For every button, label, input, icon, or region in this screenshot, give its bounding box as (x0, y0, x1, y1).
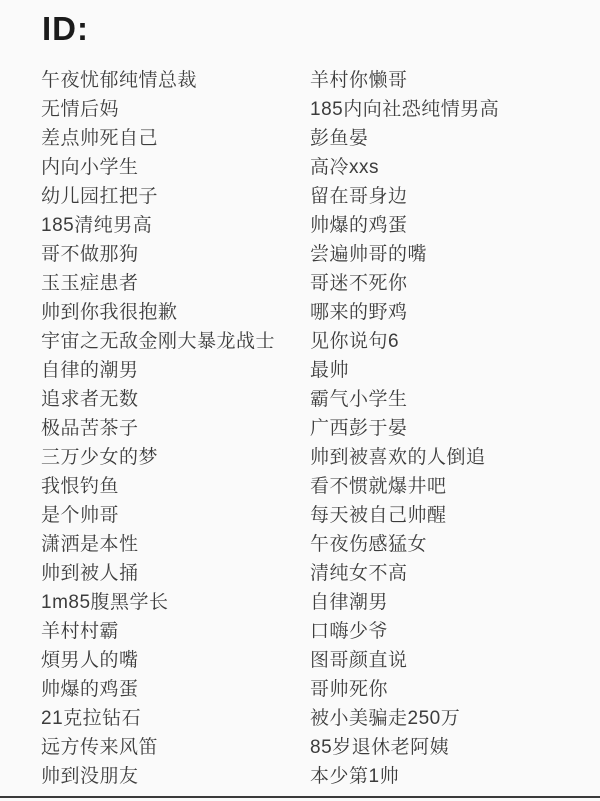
id-text: 帅到被人捅 (41, 558, 139, 585)
list-item: 自律潮男 (310, 586, 595, 615)
id-text: 185内向社恐纯情男高 (310, 94, 499, 121)
bottom-divider (0, 796, 600, 798)
id-text: 85岁退休老阿姨 (310, 732, 449, 759)
list-item: 清纯女不高 (310, 557, 595, 586)
id-text: 尝遍帅哥的嘴 (310, 239, 427, 266)
list-item: 玉玉症患者 (41, 267, 306, 296)
id-text: 极品苦茶子 (41, 413, 139, 440)
list-item: 1m85腹黑学长 (41, 586, 306, 615)
list-item: 尝遍帅哥的嘴 (310, 238, 595, 267)
id-text: 宇宙之无敌金刚大暴龙战士 (41, 326, 275, 353)
list-item: 185内向社恐纯情男高 (310, 93, 595, 122)
id-text: 玉玉症患者 (41, 268, 139, 295)
id-text: 见你说句6 (310, 326, 399, 353)
list-item: 无情后妈 (41, 93, 306, 122)
id-text: 差点帅死自己 (41, 123, 158, 150)
id-text: 帅到你我很抱歉 (41, 297, 178, 324)
id-text: 本少第1帅 (310, 761, 399, 788)
id-column-right: 羊村你懒哥 185内向社恐纯情男高 彭鱼晏 高冷xxs 留在哥身边 帅爆的鸡蛋 (310, 64, 595, 789)
id-column-left: 午夜忧郁纯情总裁 无情后妈 差点帅死自己 内向小学生 幼儿园扛把子 185清纯男… (41, 64, 306, 789)
id-text: 羊村村霸 (41, 616, 119, 643)
id-text: 21克拉钻石 (41, 703, 141, 730)
id-text: 帅到被喜欢的人倒追 (310, 442, 486, 469)
id-text: 185清纯男高 (41, 210, 152, 237)
list-item: 内向小学生 (41, 151, 306, 180)
id-text: 远方传来风笛 (41, 732, 158, 759)
id-text: 帅到没朋友 (41, 761, 139, 788)
list-item: 留在哥身边 (310, 180, 595, 209)
list-item: 彭鱼晏 (310, 122, 595, 151)
id-text: 口嗨少爷 (310, 616, 388, 643)
list-item: 广西彭于晏 (310, 412, 595, 441)
list-item: 高冷xxs (310, 151, 595, 180)
list-item: 帅到被喜欢的人倒追 (310, 441, 595, 470)
list-item: 午夜伤感猛女 (310, 528, 595, 557)
id-text: 自律的潮男 (41, 355, 139, 382)
id-text: 哥迷不死你 (310, 268, 408, 295)
id-text: 追求者无数 (41, 384, 139, 411)
id-text: 被小美骗走250万 (310, 703, 460, 730)
list-item: 极品苦茶子 (41, 412, 306, 441)
id-text: 我恨钓鱼 (41, 471, 119, 498)
id-text: 每天被自己帅醒 (310, 500, 447, 527)
id-text: 午夜伤感猛女 (310, 529, 427, 556)
list-item: 看不惯就爆井吧 (310, 470, 595, 499)
list-item: 差点帅死自己 (41, 122, 306, 151)
list-item: 哪来的野鸡 (310, 296, 595, 325)
list-item: 三万少女的梦 (41, 441, 306, 470)
id-text: 哪来的野鸡 (310, 297, 408, 324)
id-text: 1m85腹黑学长 (41, 587, 169, 614)
list-item: 自律的潮男 (41, 354, 306, 383)
list-item: 霸气小学生 (310, 383, 595, 412)
list-item: 见你说句6 (310, 325, 595, 354)
id-text: 最帅 (310, 355, 349, 382)
list-item: 口嗨少爷 (310, 615, 595, 644)
id-text: 清纯女不高 (310, 558, 408, 585)
list-item: 宇宙之无敌金刚大暴龙战士 (41, 325, 306, 354)
id-text: 霸气小学生 (310, 384, 408, 411)
list-item: 185清纯男高 (41, 209, 306, 238)
list-item: 幼儿园扛把子 (41, 180, 306, 209)
list-item: 21克拉钻石 (41, 702, 306, 731)
id-text: 留在哥身边 (310, 181, 408, 208)
id-text: 彭鱼晏 (310, 123, 369, 150)
id-text: 幼儿园扛把子 (41, 181, 158, 208)
id-text: 午夜忧郁纯情总裁 (41, 65, 197, 92)
id-text: 三万少女的梦 (41, 442, 158, 469)
id-text: 无情后妈 (41, 94, 119, 121)
list-item: 85岁退休老阿姨 (310, 731, 595, 760)
list-item: 图哥颜直说 (310, 644, 595, 673)
list-item: 追求者无数 (41, 383, 306, 412)
list-item: 帅到被人捅 (41, 557, 306, 586)
list-item: 煩男人的嘴 (41, 644, 306, 673)
list-item: 哥不做那狗 (41, 238, 306, 267)
list-item: 午夜忧郁纯情总裁 (41, 64, 306, 93)
list-item: 帅到你我很抱歉 (41, 296, 306, 325)
list-item: 是个帅哥 (41, 499, 306, 528)
page: ID: 午夜忧郁纯情总裁 无情后妈 差点帅死自己 内向小学生 幼儿园扛把子 (0, 0, 600, 801)
list-item: 哥迷不死你 (310, 267, 595, 296)
id-text: 帅爆的鸡蛋 (41, 674, 139, 701)
list-item: 最帅 (310, 354, 595, 383)
id-text: 煩男人的嘴 (41, 645, 139, 672)
list-item: 羊村你懒哥 (310, 64, 595, 93)
list-item: 帅爆的鸡蛋 (310, 209, 595, 238)
list-item: 哥帅死你 (310, 673, 595, 702)
id-text: 帅爆的鸡蛋 (310, 210, 408, 237)
id-text: 看不惯就爆井吧 (310, 471, 447, 498)
id-text: 图哥颜直说 (310, 645, 408, 672)
id-text: 哥不做那狗 (41, 239, 139, 266)
list-item: 本少第1帅 (310, 760, 595, 789)
id-text: 内向小学生 (41, 152, 139, 179)
id-text: 是个帅哥 (41, 500, 119, 527)
list-item: 羊村村霸 (41, 615, 306, 644)
page-title: ID: (42, 10, 89, 48)
id-text: 高冷xxs (310, 152, 379, 179)
list-item: 我恨钓鱼 (41, 470, 306, 499)
list-item: 潇洒是本性 (41, 528, 306, 557)
id-text: 广西彭于晏 (310, 413, 408, 440)
id-text: 哥帅死你 (310, 674, 388, 701)
id-text: 羊村你懒哥 (310, 65, 408, 92)
id-text: 潇洒是本性 (41, 529, 139, 556)
list-item: 每天被自己帅醒 (310, 499, 595, 528)
list-item: 远方传来风笛 (41, 731, 306, 760)
id-text: 自律潮男 (310, 587, 388, 614)
list-item: 被小美骗走250万 (310, 702, 595, 731)
list-item: 帅爆的鸡蛋 (41, 673, 306, 702)
list-item: 帅到没朋友 (41, 760, 306, 789)
